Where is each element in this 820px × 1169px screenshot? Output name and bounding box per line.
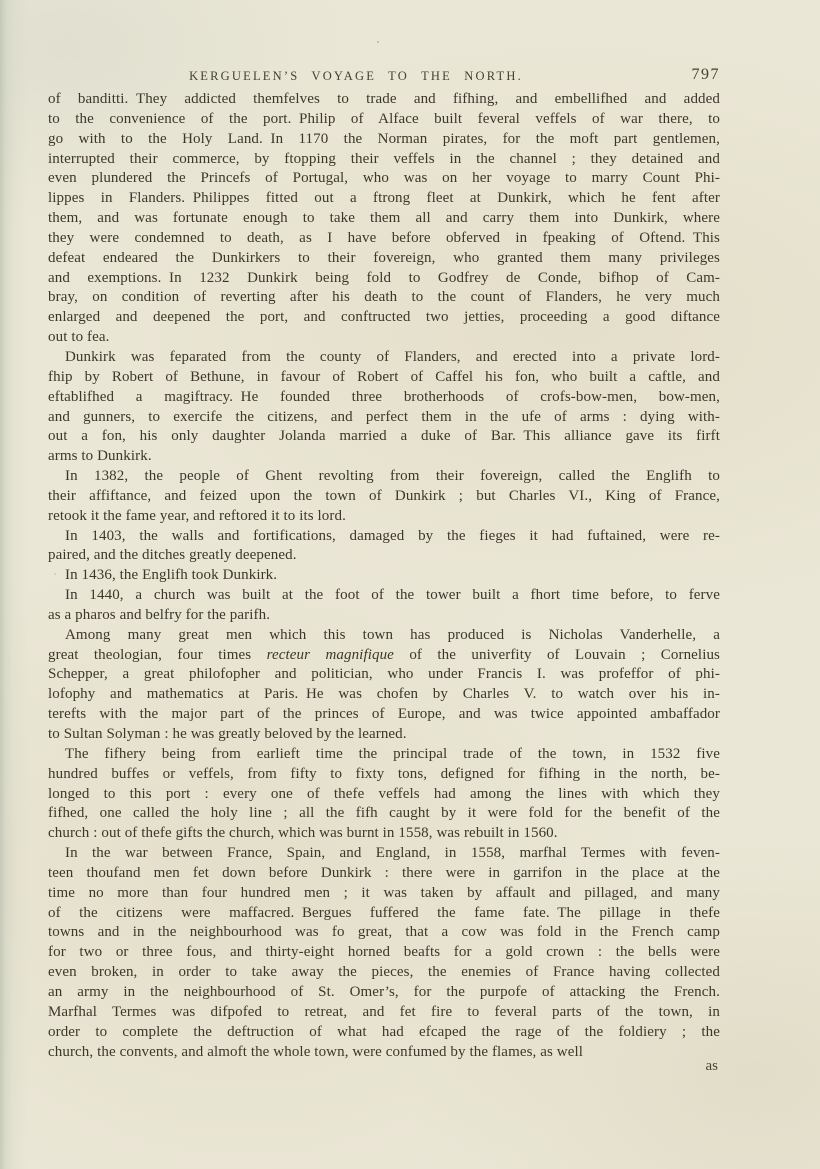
text-fragment: of the univerfity of Louvain ; Cornelius	[394, 647, 720, 663]
paragraph: In 1382, the people of Ghent revolting f…	[48, 467, 720, 527]
running-title: KERGUELEN’S VOYAGE TO THE NORTH.	[189, 69, 523, 84]
paragraph: Dunkirk was feparated from the county of…	[48, 348, 720, 467]
text-line: even plundered the Princefs of Portugal,…	[48, 169, 720, 189]
text-line: them, and was fortunate enough to take t…	[48, 209, 720, 229]
text-line: and gunners, to exercife the citizens, a…	[48, 408, 720, 428]
catchword: as	[706, 1058, 719, 1075]
text-line: of the citizens were maffacred. Bergues …	[48, 904, 720, 924]
text-line: paired, and the ditches greatly deepened…	[48, 546, 720, 566]
paragraph: Among many great men which this town has…	[48, 626, 720, 745]
text-line: In 1403, the walls and fortifications, d…	[48, 527, 720, 547]
paragraph: In 1436, the Englifh took Dunkirk.	[48, 566, 720, 586]
text-line: they were condemned to death, as I have …	[48, 229, 720, 249]
text-line: and exemptions. In 1232 Dunkirk being fo…	[48, 269, 720, 289]
text-line: enlarged and deepened the port, and conf…	[48, 308, 720, 328]
text-line: arms to Dunkirk.	[48, 447, 720, 467]
body-text: of banditti. They addicted themfelves to…	[48, 90, 720, 1062]
text-line: time no more than four hundred men ; it …	[48, 884, 720, 904]
paragraph: of banditti. They addicted themfelves to…	[48, 90, 720, 348]
text-line: fifhed, one called the holy line ; all t…	[48, 804, 720, 824]
text-line: order to complete the deftruction of wha…	[48, 1023, 720, 1043]
italic-phrase: recteur magnifique	[267, 647, 394, 663]
text-line: as a pharos and belfry for the parifh.	[48, 606, 720, 626]
text-line: out to fea.	[48, 328, 720, 348]
paragraph: In the war between France, Spain, and En…	[48, 844, 720, 1062]
text-line: hundred buffes or veffels, from fifty to…	[48, 765, 720, 785]
text-line: of banditti. They addicted themfelves to…	[48, 90, 720, 110]
text-line: teen thoufand men fet down before Dunkir…	[48, 864, 720, 884]
text-line: defeat endeared the Dunkirkers to their …	[48, 249, 720, 269]
text-line: In 1382, the people of Ghent revolting f…	[48, 467, 720, 487]
text-line: retook it the fame year, and reftored it…	[48, 507, 720, 527]
text-line: an army in the neighbourhood of St. Omer…	[48, 983, 720, 1003]
paragraph: The fifhery being from earlieft time the…	[48, 745, 720, 844]
text-line: church, the convents, and almoft the who…	[48, 1043, 720, 1063]
paragraph: In 1440, a church was built at the foot …	[48, 586, 720, 626]
text-line: towns and in the neighbourhood was fo gr…	[48, 923, 720, 943]
text-line: lippes in Flanders. Philippes fitted out…	[48, 189, 720, 209]
text-line: fhip by Robert of Bethune, in favour of …	[48, 368, 720, 388]
text-line: great theologian, four times recteur mag…	[48, 646, 720, 666]
text-line: In 1440, a church was built at the foot …	[48, 586, 720, 606]
text-line: Among many great men which this town has…	[48, 626, 720, 646]
text-line: for two or three fous, and thirty-eight …	[48, 943, 720, 963]
text-line: In 1436, the Englifh took Dunkirk.	[48, 566, 720, 586]
text-line: to the convenience of the port. Philip o…	[48, 110, 720, 130]
text-line: to Sultan Solyman : he was greatly belov…	[48, 725, 720, 745]
text-line: interrupted their commerce, by ftopping …	[48, 150, 720, 170]
text-line: Schepper, a great philofopher and politi…	[48, 665, 720, 685]
paragraph: In 1403, the walls and fortifications, d…	[48, 527, 720, 567]
text-line: eftablifhed a magiftracy. He founded thr…	[48, 388, 720, 408]
text-line: In the war between France, Spain, and En…	[48, 844, 720, 864]
running-header: KERGUELEN’S VOYAGE TO THE NORTH. 797	[48, 66, 720, 88]
text-line: even broken, in order to take away the p…	[48, 963, 720, 983]
text-line: go with to the Holy Land. In 1170 the No…	[48, 130, 720, 150]
text-line: Marfhal Termes was difpofed to retreat, …	[48, 1003, 720, 1023]
text-line: their affiftance, and feized upon the to…	[48, 487, 720, 507]
text-line: The fifhery being from earlieft time the…	[48, 745, 720, 765]
page-number: 797	[692, 66, 721, 84]
book-page-scan: { "appearance": { "paper_color": "#ebe7d…	[0, 0, 820, 1169]
text-line: church : out of thefe gifts the church, …	[48, 824, 720, 844]
text-line: terefts with the major part of the princ…	[48, 705, 720, 725]
text-line: bray, on condition of reverting after hi…	[48, 288, 720, 308]
text-line: out a fon, his only daughter Jolanda mar…	[48, 427, 720, 447]
text-line: lofophy and mathematics at Paris. He was…	[48, 685, 720, 705]
text-fragment: great theologian, four times	[48, 647, 267, 663]
text-line: Dunkirk was feparated from the county of…	[48, 348, 720, 368]
text-line: longed to this port : every one of thefe…	[48, 785, 720, 805]
